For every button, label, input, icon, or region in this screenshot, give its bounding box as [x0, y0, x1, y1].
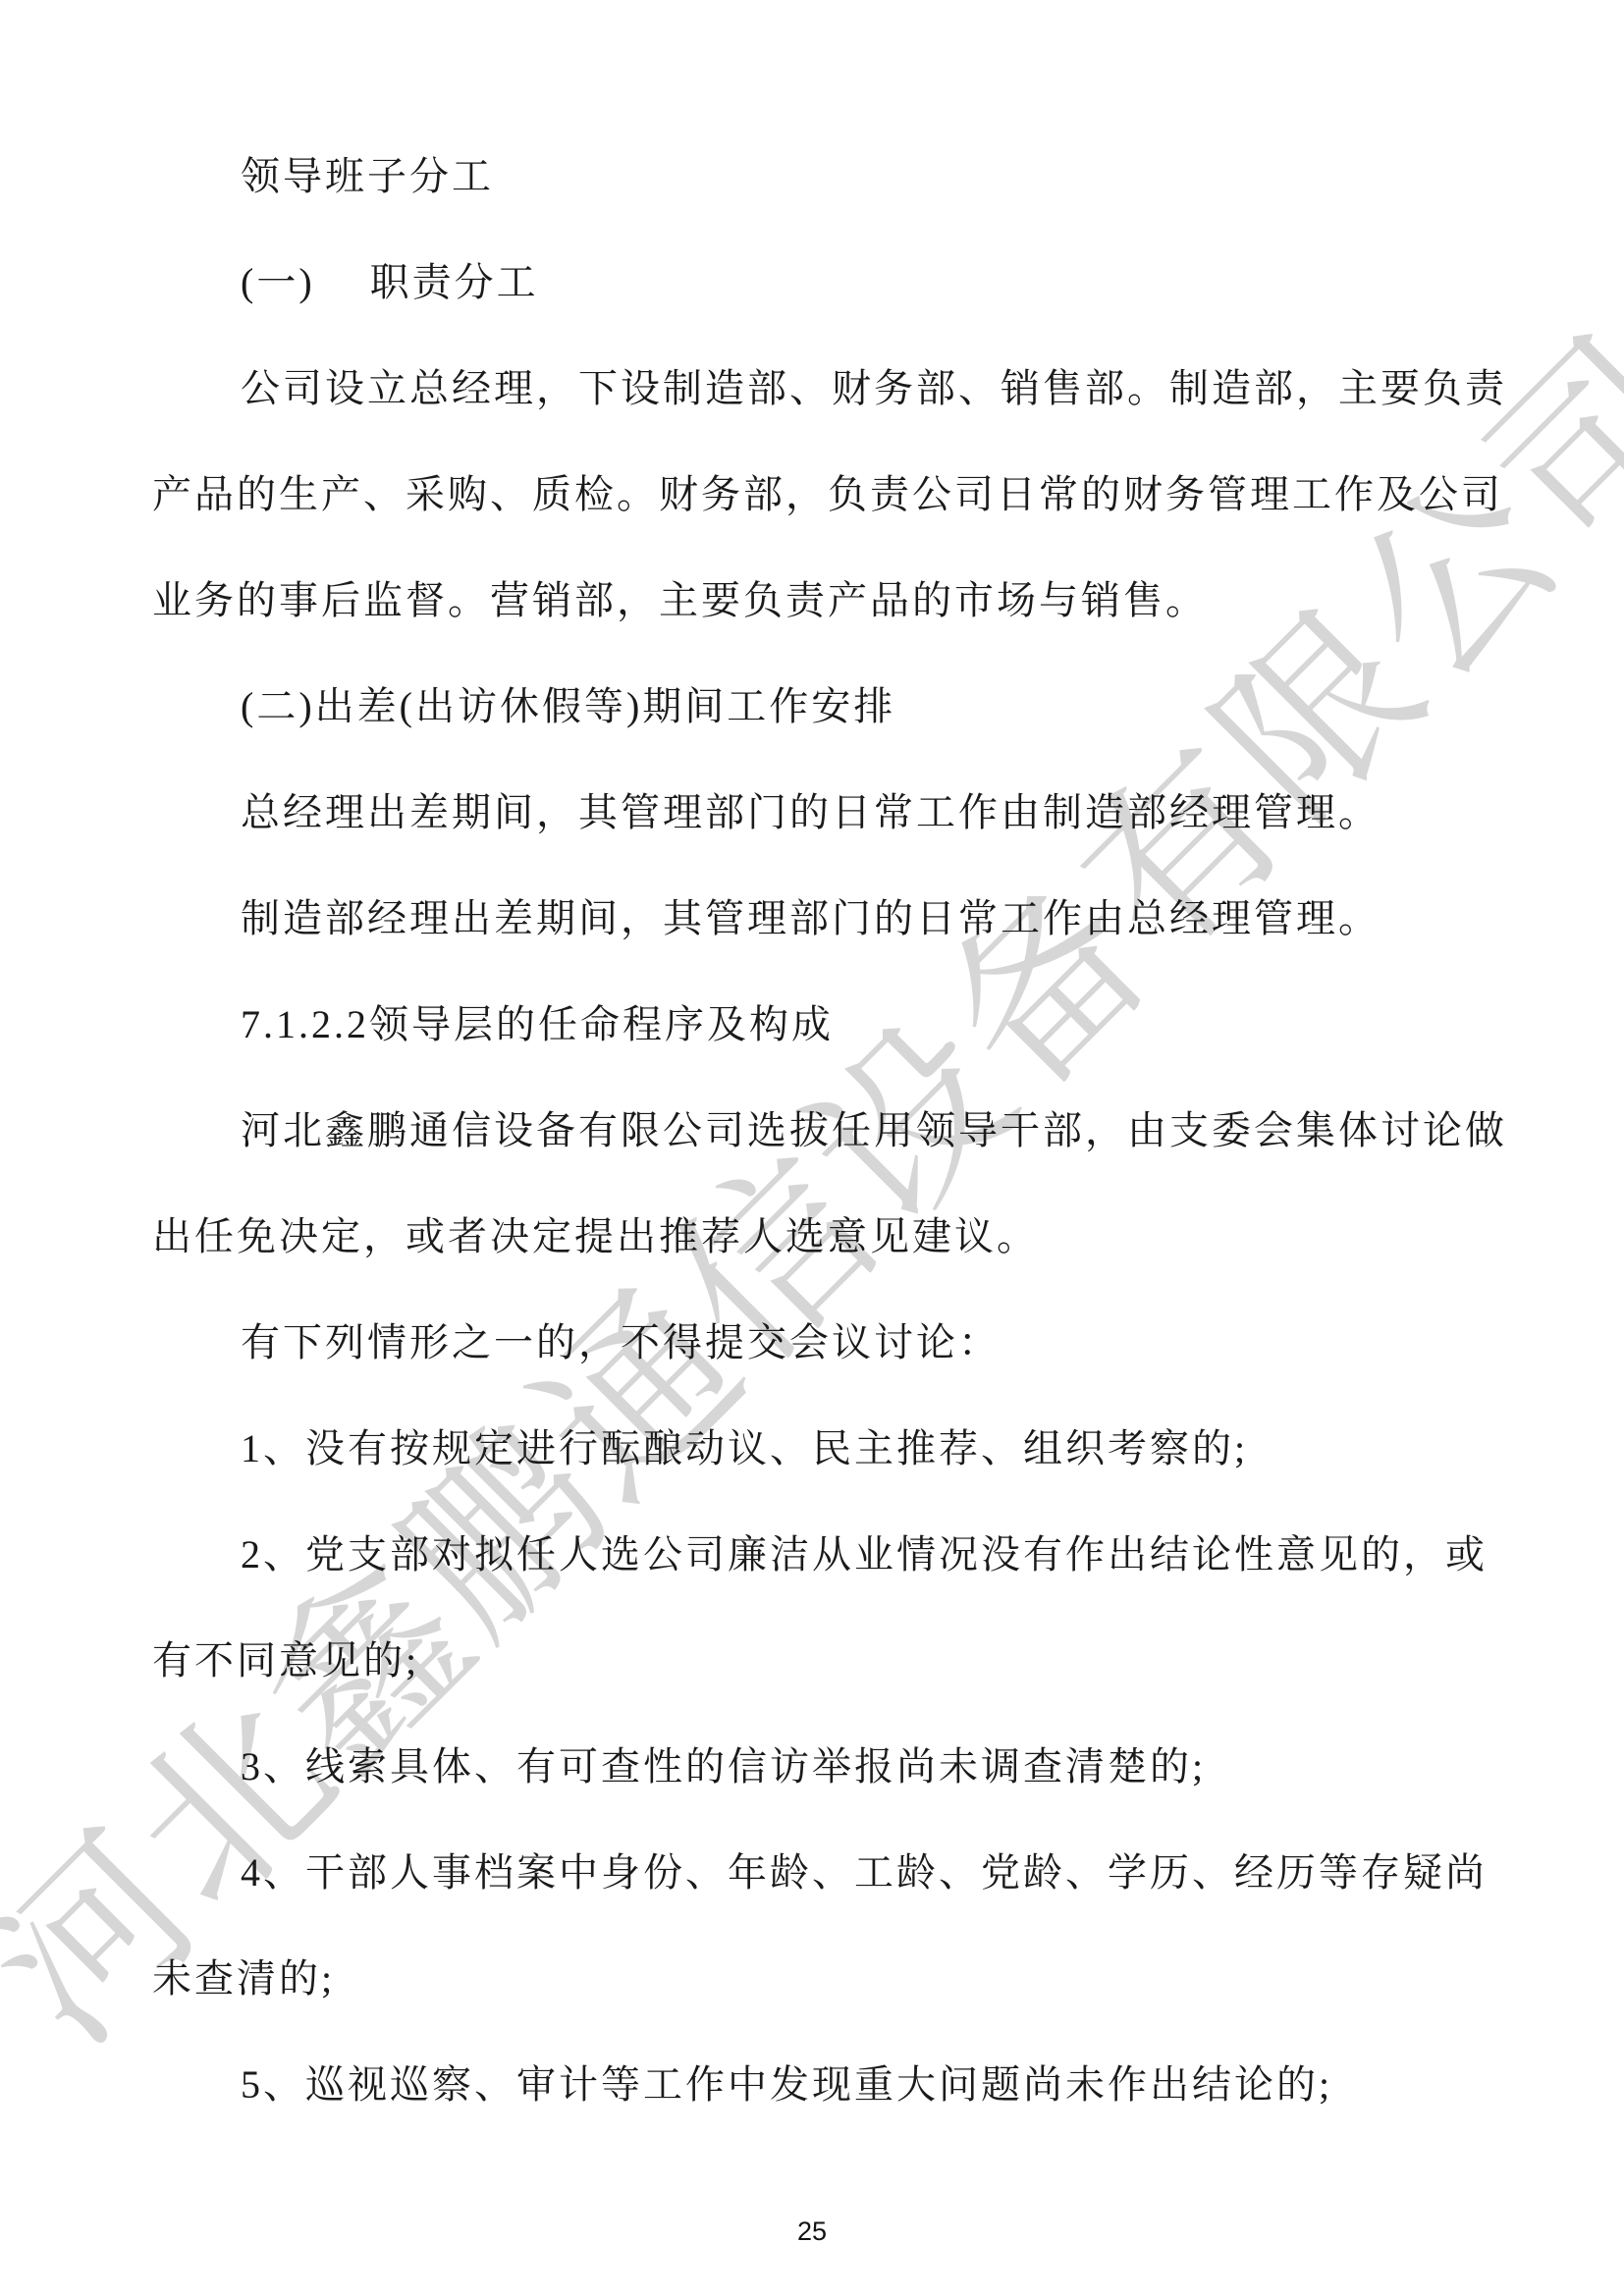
- text-line: 公司设立总经理，下设制造部、财务部、销售部。制造部，主要负责: [0, 336, 1624, 442]
- text-line: 7.1.2.2领导层的任命程序及构成: [0, 972, 1624, 1078]
- text-line: (二)出差(出访休假等)期间工作安排: [0, 654, 1624, 760]
- text-line: 3、线索具体、有可查性的信访举报尚未调查清楚的;: [0, 1714, 1624, 1820]
- text-line: 出任免决定，或者决定提出推荐人选意见建议。: [0, 1184, 1624, 1290]
- text-line: 2、党支部对拟任人选公司廉洁从业情况没有作出结论性意见的，或: [0, 1502, 1624, 1608]
- text-line: 4、干部人事档案中身份、年龄、工龄、党龄、学历、经历等存疑尚: [0, 1820, 1624, 1926]
- text-line: 1、没有按规定进行酝酿动议、民主推荐、组织考察的;: [0, 1396, 1624, 1502]
- text-line: (一) 职责分工: [0, 230, 1624, 336]
- page-number: 25: [0, 2216, 1624, 2247]
- document-content: 领导班子分工 (一) 职责分工 公司设立总经理，下设制造部、财务部、销售部。制造…: [0, 124, 1624, 2138]
- text-line: 总经理出差期间，其管理部门的日常工作由制造部经理管理。: [0, 760, 1624, 866]
- text-line: 5、巡视巡察、审计等工作中发现重大问题尚未作出结论的;: [0, 2032, 1624, 2138]
- text-line: 产品的生产、采购、质检。财务部，负责公司日常的财务管理工作及公司: [0, 442, 1624, 548]
- text-line: 领导班子分工: [0, 124, 1624, 230]
- document-page: 河北鑫鹏通信设备有限公司 领导班子分工 (一) 职责分工 公司设立总经理，下设制…: [0, 0, 1624, 2296]
- text-line: 有不同意见的;: [0, 1608, 1624, 1714]
- text-line: 河北鑫鹏通信设备有限公司选拔任用领导干部，由支委会集体讨论做: [0, 1078, 1624, 1184]
- text-line: 业务的事后监督。营销部，主要负责产品的市场与销售。: [0, 548, 1624, 654]
- text-line: 有下列情形之一的，不得提交会议讨论：: [0, 1290, 1624, 1396]
- text-line: 制造部经理出差期间，其管理部门的日常工作由总经理管理。: [0, 866, 1624, 972]
- text-line: 未查清的;: [0, 1926, 1624, 2032]
